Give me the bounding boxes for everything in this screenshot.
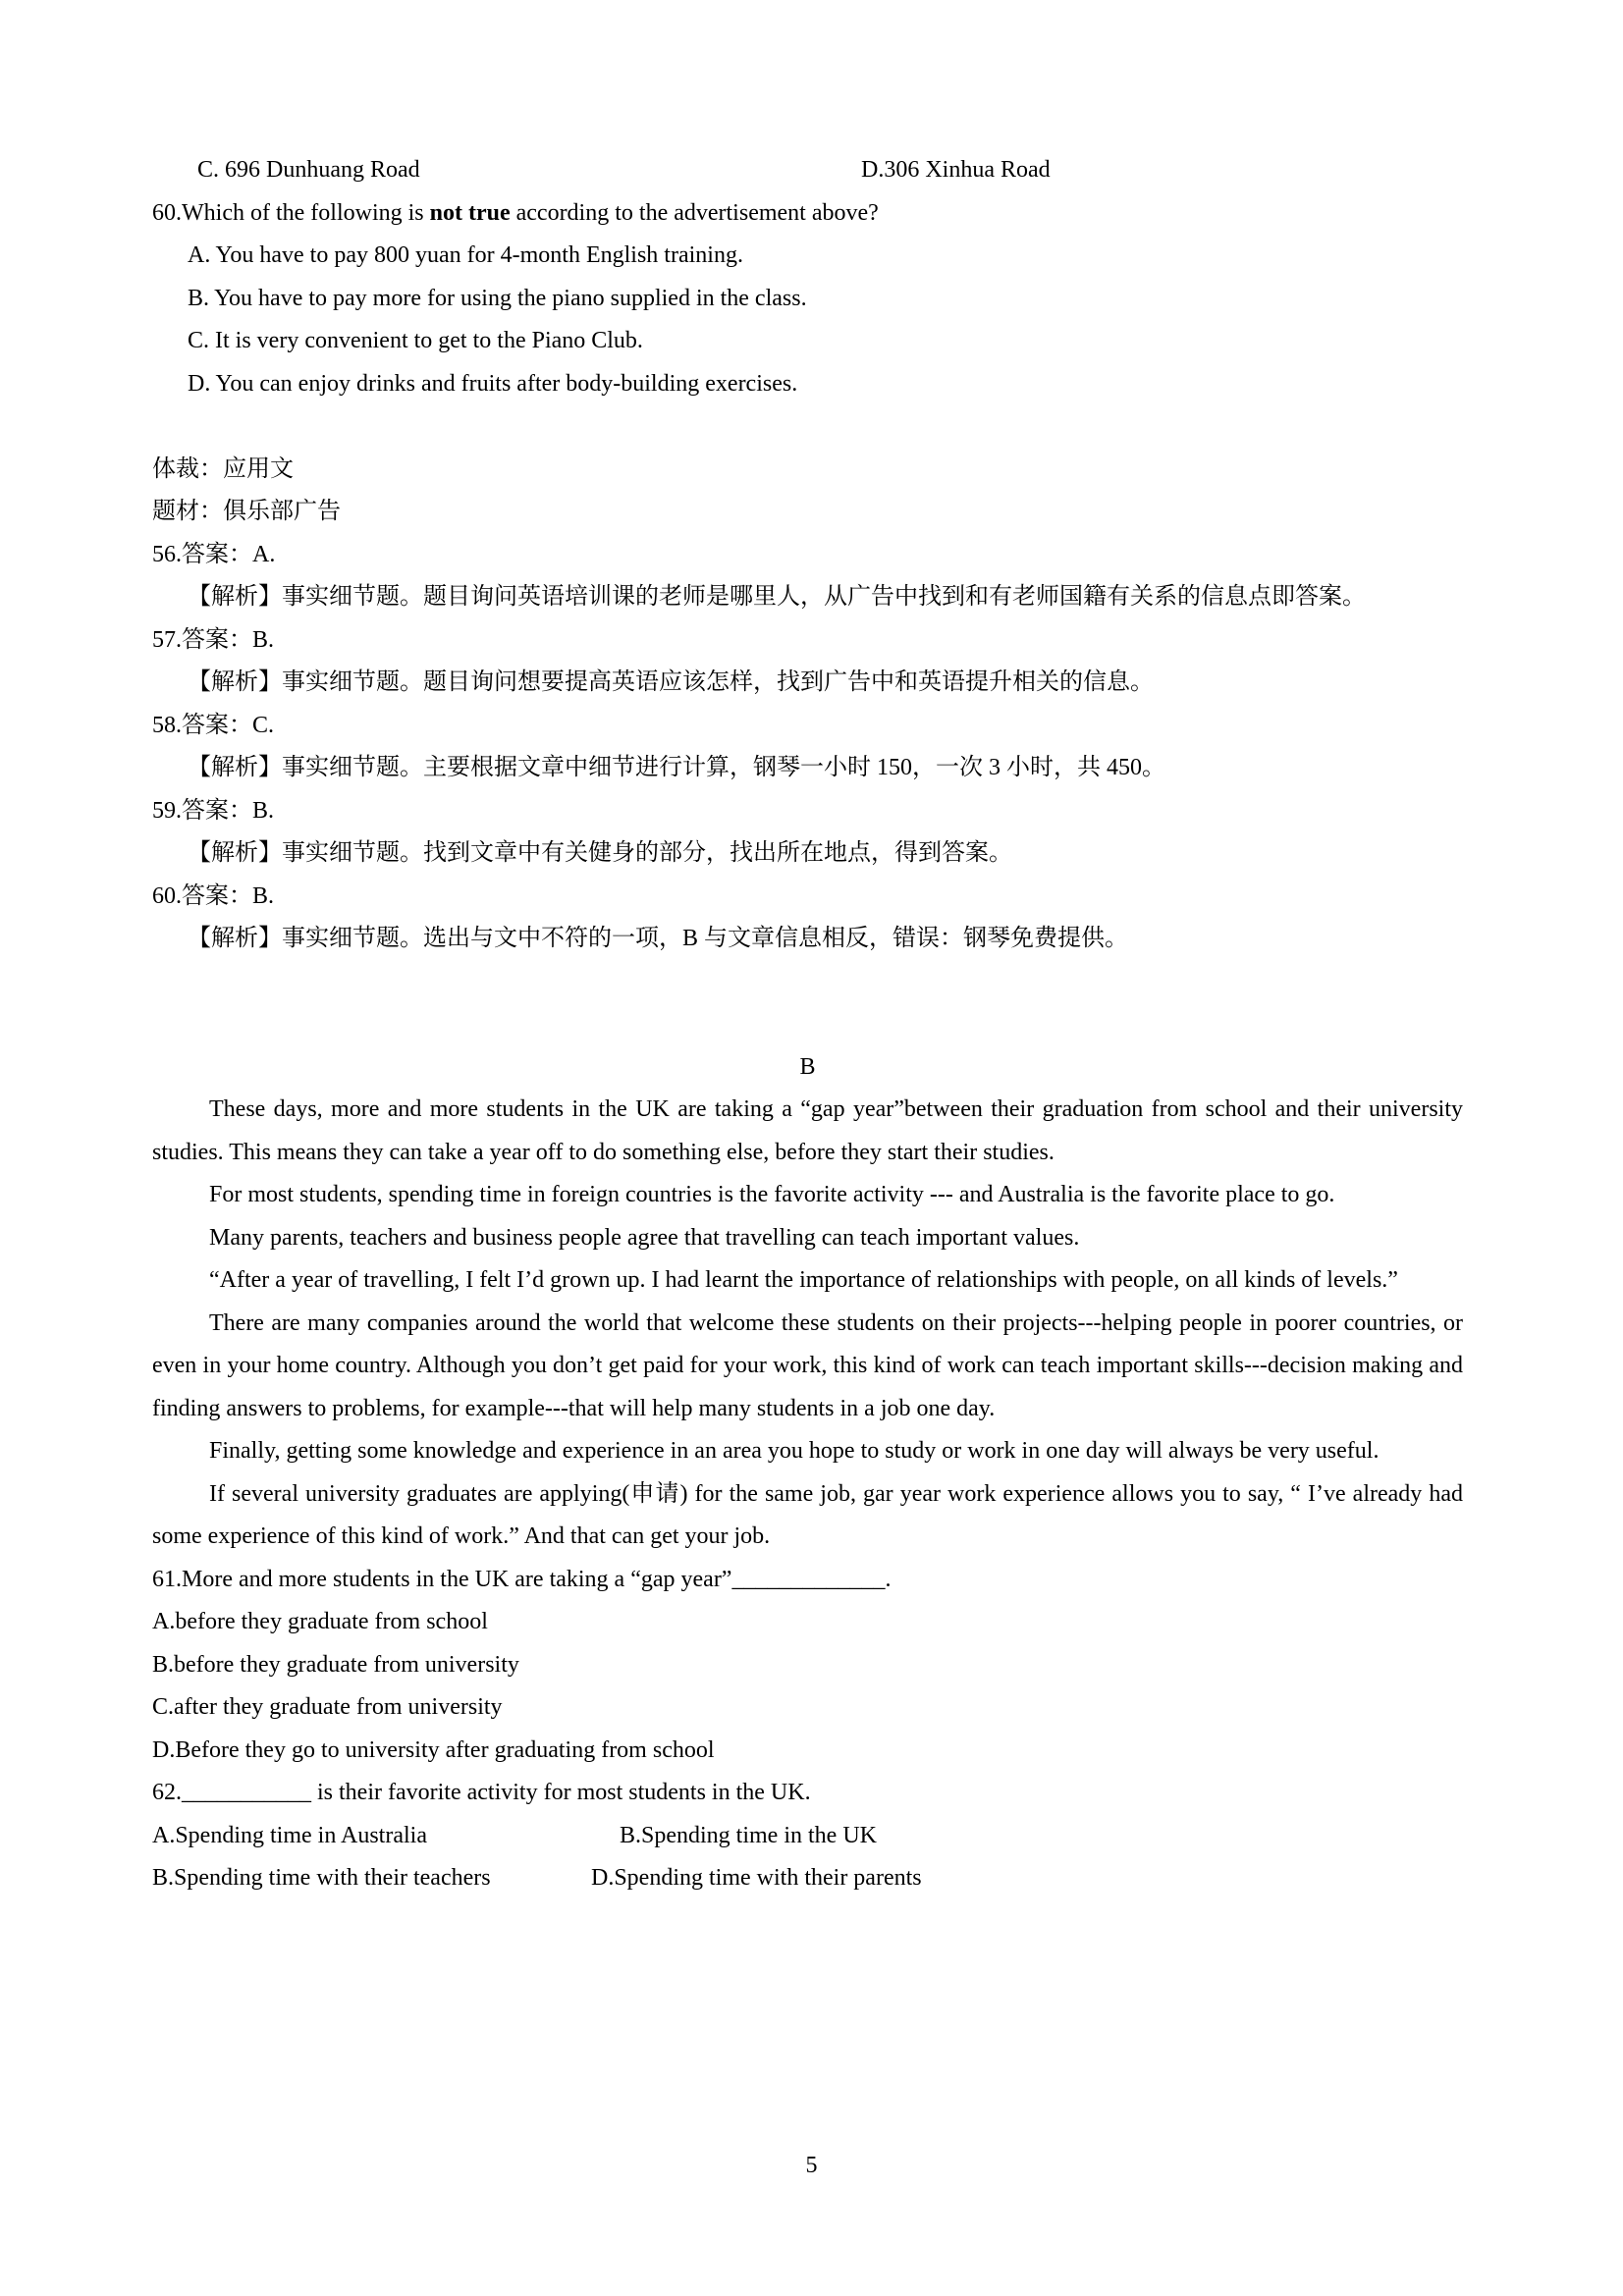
question-62-stem: 62.___________ is their favorite activit… [152,1772,1463,1815]
explanation-56: 【解析】事实细节题。题目询问英语培训课的老师是哪里人，从广告中找到和有老师国籍有… [152,576,1463,619]
passage-paragraph-5: There are many companies around the worl… [152,1303,1463,1431]
topic-line: 题材：俱乐部广告 [152,491,1463,534]
q62-option-row-1: A.Spending time in Australia B.Spending … [152,1815,1463,1858]
blank-lines [152,961,1463,1046]
passage-section-heading: B [152,1046,1463,1090]
question-61-stem: 61.More and more students in the UK are … [152,1559,1463,1602]
explanation-59: 【解析】事实细节题。找到文章中有关健身的部分，找出所在地点，得到答案。 [152,832,1463,876]
answer-line-59: 59.答案：B. [152,790,1463,833]
q60-stem-prefix: 60.Which of the following is [152,200,430,226]
passage-paragraph-6: Finally, getting some knowledge and expe… [152,1430,1463,1473]
answer-line-56: 56.答案：A. [152,534,1463,577]
passage-paragraph-3: Many parents, teachers and business peop… [152,1217,1463,1260]
explanation-58: 【解析】事实细节题。主要根据文章中细节进行计算，钢琴一小时 150，一次 3 小… [152,747,1463,790]
q62-option-b2: B.Spending time with their teachers [152,1857,591,1900]
passage-paragraph-4: “After a year of travelling, I felt I’d … [152,1259,1463,1303]
option-d-address: D.306 Xinhua Road [861,149,1051,192]
q61-option-c: C.after they graduate from university [152,1686,1463,1730]
two-column-option-row: C. 696 Dunhuang Road D.306 Xinhua Road [152,149,1463,192]
answer-line-58: 58.答案：C. [152,705,1463,748]
blank-line [152,405,1463,449]
passage-paragraph-2: For most students, spending time in fore… [152,1174,1463,1217]
q62-option-row-2: B.Spending time with their teachers D.Sp… [152,1857,1463,1900]
q60-stem-bold-phrase: not true [430,200,511,226]
explanation-57: 【解析】事实细节题。题目询问想要提高英语应该怎样，找到广告中和英语提升相关的信息… [152,662,1463,705]
q60-option-b: B. You have to pay more for using the pi… [152,278,1463,321]
exam-document-page: C. 696 Dunhuang Road D.306 Xinhua Road 6… [0,0,1623,2296]
q60-option-d: D. You can enjoy drinks and fruits after… [152,363,1463,406]
q61-option-d: D.Before they go to university after gra… [152,1730,1463,1773]
q60-option-c: C. It is very convenient to get to the P… [152,320,1463,363]
q62-option-a: A.Spending time in Australia [152,1815,620,1858]
passage-paragraph-1: These days, more and more students in th… [152,1089,1463,1174]
answer-line-57: 57.答案：B. [152,619,1463,663]
genre-line: 体裁：应用文 [152,449,1463,492]
answer-line-60: 60.答案：B. [152,876,1463,919]
q62-option-d: D.Spending time with their parents [591,1857,922,1900]
q60-option-a: A. You have to pay 800 yuan for 4-month … [152,235,1463,278]
q62-option-b: B.Spending time in the UK [620,1815,877,1858]
q60-stem-suffix: according to the advertisement above? [511,200,879,226]
explanation-60: 【解析】事实细节题。选出与文中不符的一项，B 与文章信息相反，错误：钢琴免费提供… [152,918,1463,961]
passage-paragraph-7: If several university graduates are appl… [152,1473,1463,1559]
q61-option-b: B.before they graduate from university [152,1644,1463,1687]
page-number: 5 [0,2145,1623,2188]
question-60-stem: 60.Which of the following is not true ac… [152,192,1463,236]
option-c-address: C. 696 Dunhuang Road [197,157,420,183]
q61-option-a: A.before they graduate from school [152,1601,1463,1644]
